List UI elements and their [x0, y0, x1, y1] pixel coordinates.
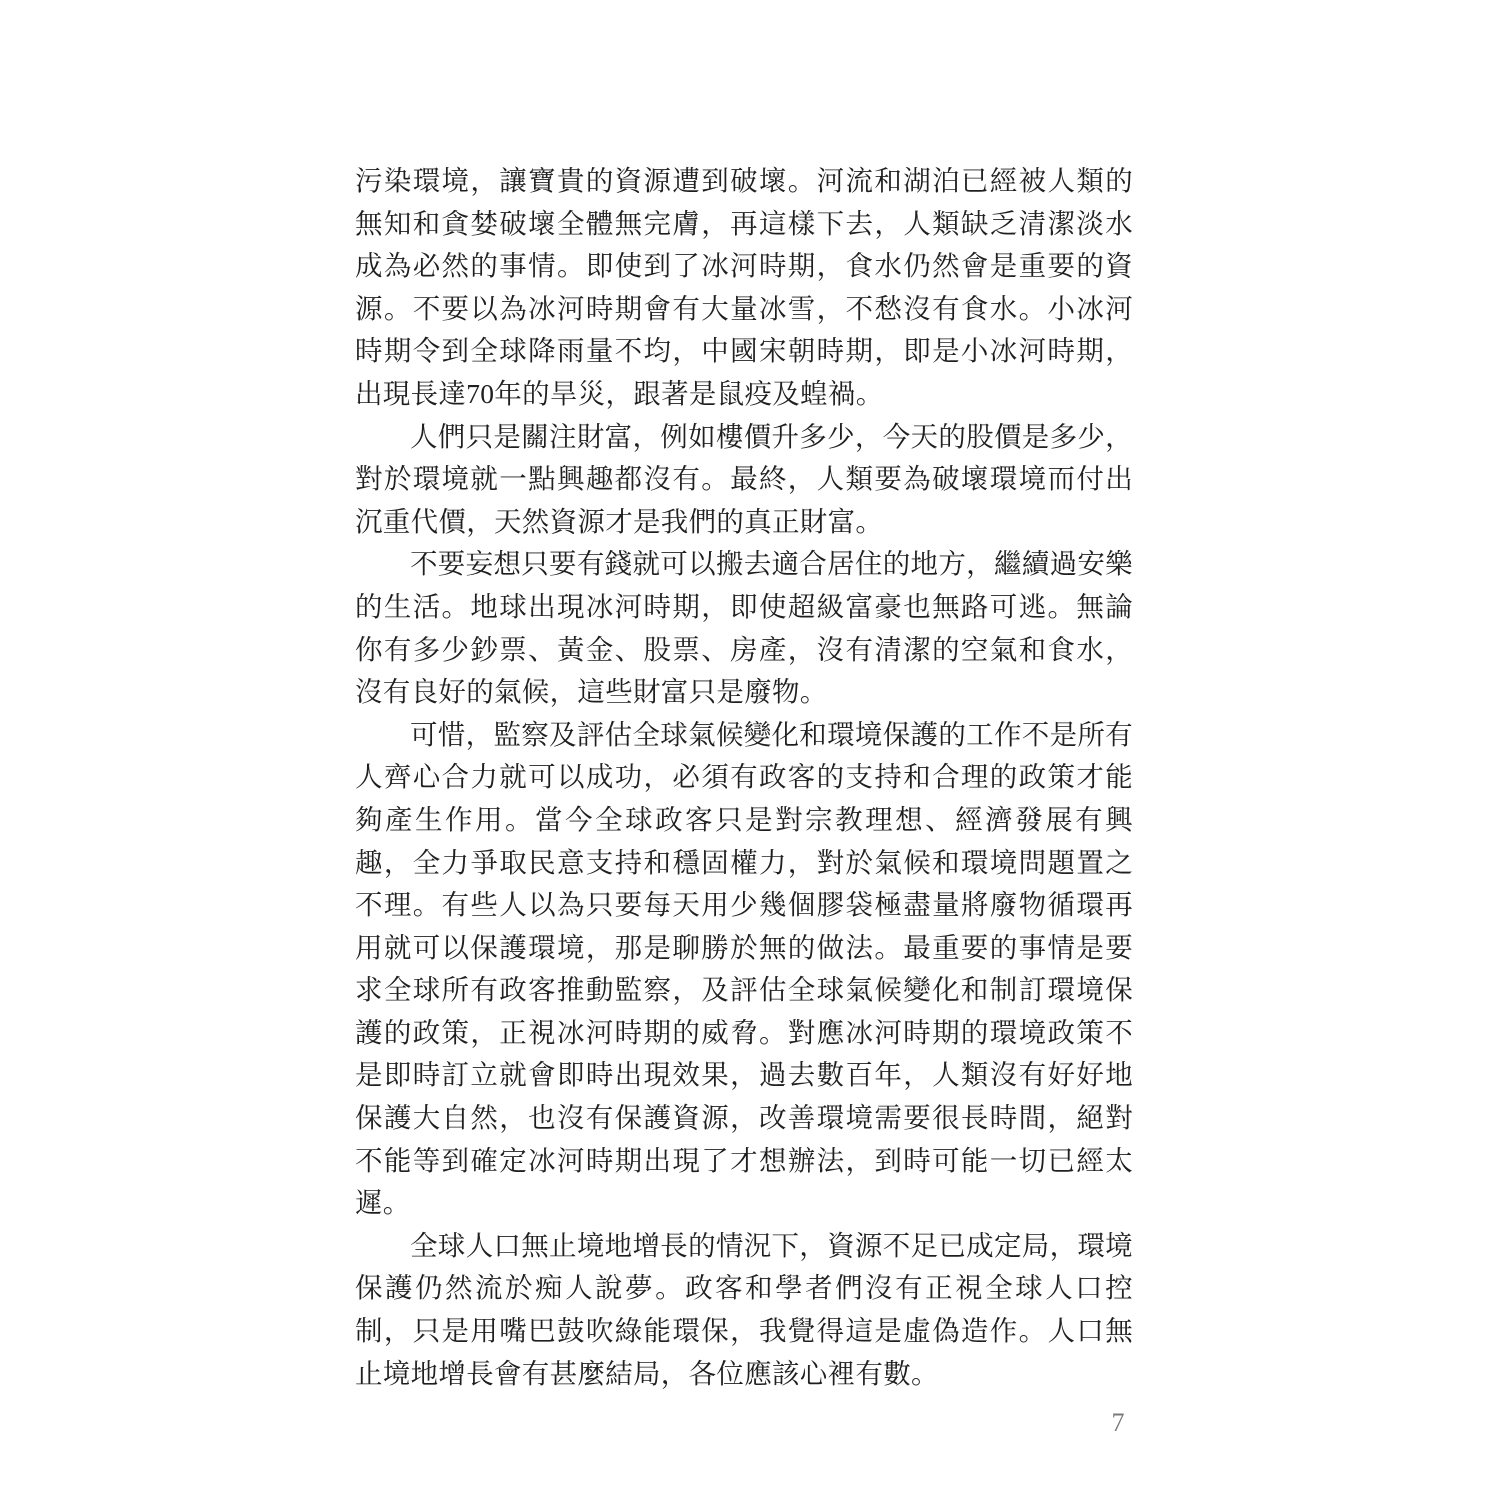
page-number: 7 — [1098, 1408, 1138, 1438]
paragraph: 人們只是關注財富，例如樓價升多少，今天的股價是多少，對於環境就一點興趣都沒有。最… — [355, 416, 1133, 544]
paragraph: 可惜，監察及評估全球氣候變化和環境保護的工作不是所有人齊心合力就可以成功，必須有… — [355, 714, 1133, 1225]
paragraph: 污染環境，讓寶貴的資源遭到破壞。河流和湖泊已經被人類的無知和貪婪破壞全體無完膚，… — [355, 160, 1133, 416]
paragraph: 不要妄想只要有錢就可以搬去適合居住的地方，繼續過安樂的生活。地球出現冰河時期，即… — [355, 543, 1133, 713]
paragraph: 全球人口無止境地增長的情況下，資源不足已成定局，環境保護仍然流於痴人說夢。政客和… — [355, 1225, 1133, 1395]
body-text: 污染環境，讓寶貴的資源遭到破壞。河流和湖泊已經被人類的無知和貪婪破壞全體無完膚，… — [355, 160, 1133, 1395]
book-page: 污染環境，讓寶貴的資源遭到破壞。河流和湖泊已經被人類的無知和貪婪破壞全體無完膚，… — [0, 0, 1500, 1500]
